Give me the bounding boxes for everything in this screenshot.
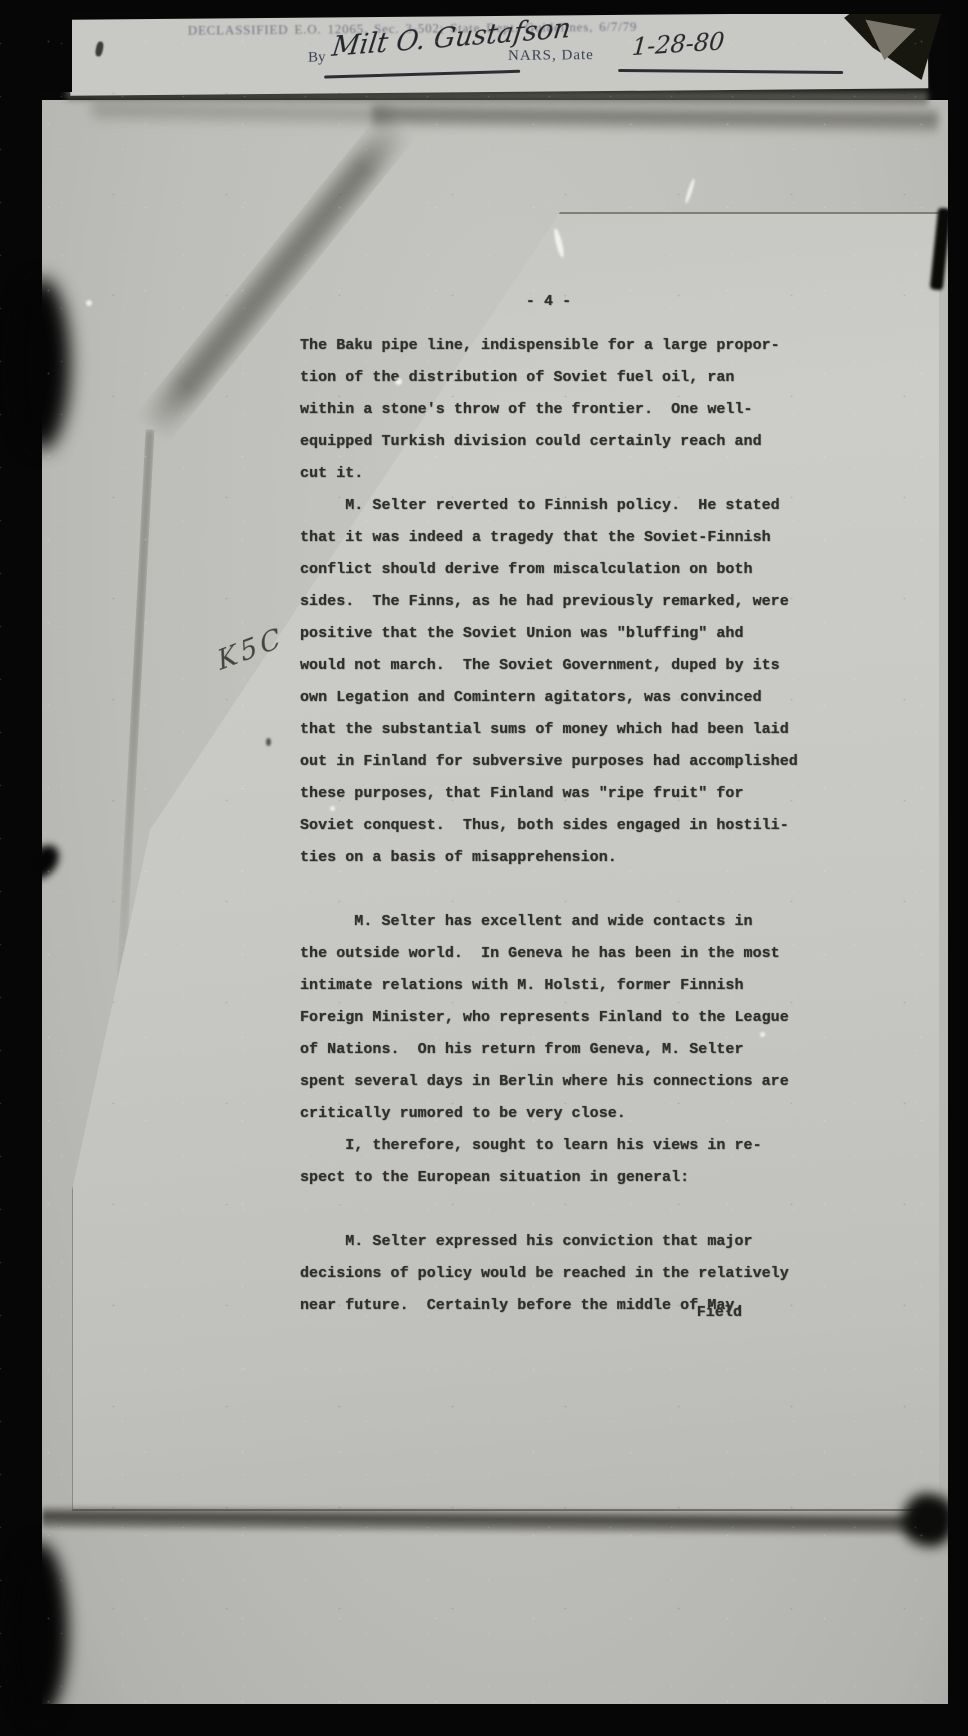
document-body-text: The Baku pipe line, indispensible for a … xyxy=(300,330,798,1322)
scan-edge-blob xyxy=(10,1542,68,1720)
scan-border-corner xyxy=(0,0,72,92)
pencil-stray-dot xyxy=(266,738,271,746)
signature-underline xyxy=(324,70,520,79)
scan-edge-blob xyxy=(14,278,70,450)
scan-border-top xyxy=(0,0,968,14)
stamp-by-label: By xyxy=(308,50,326,67)
author-signature: Field xyxy=(300,1297,797,1329)
dust-speck xyxy=(86,300,92,306)
dust-speck xyxy=(395,378,402,385)
scan-border-bottom xyxy=(0,1704,968,1736)
dust-speck xyxy=(760,1032,765,1037)
page-number: - 4 - xyxy=(300,286,797,318)
handwritten-date: 1-28-80 xyxy=(631,28,726,62)
date-underline xyxy=(618,69,843,74)
scan-border-right xyxy=(948,0,968,1736)
dust-speck xyxy=(330,806,335,811)
stamp-nars-date-label: NARS, Date xyxy=(508,47,594,65)
folded-corner-top-right xyxy=(840,6,942,80)
declassification-stamp-strip: DECLASSIFIED E.O. 12065, Sec. 3-502; Sta… xyxy=(70,12,929,95)
ink-mark xyxy=(95,41,105,57)
scanned-document: - 4 - The Baku pipe line, indispensible … xyxy=(0,0,968,1736)
